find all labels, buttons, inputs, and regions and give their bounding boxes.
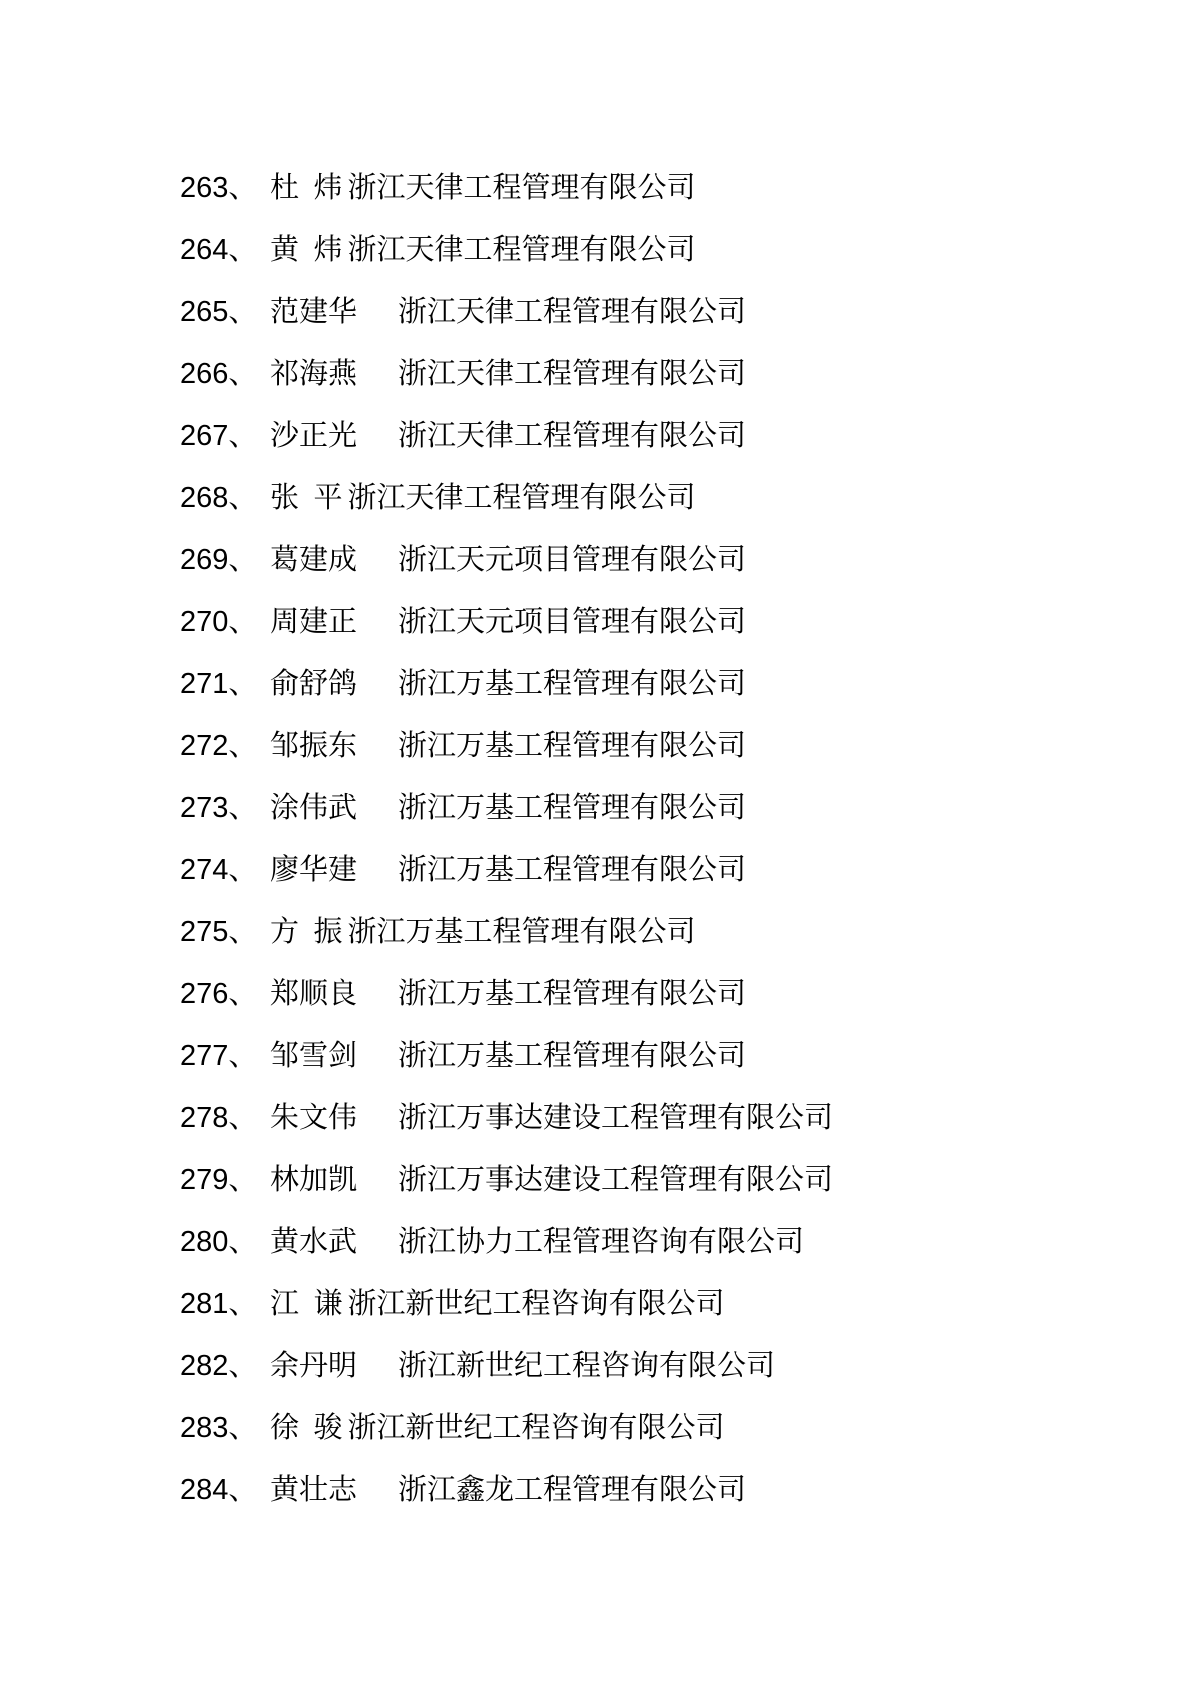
entry-number: 273、 bbox=[180, 777, 270, 839]
list-item: 270、 周建正 浙江天元项目管理有限公司 bbox=[180, 591, 1150, 653]
list-item: 284、 黄壮志 浙江鑫龙工程管理有限公司 bbox=[180, 1459, 1150, 1521]
entry-company-name: 浙江协力工程管理咨询有限公司 bbox=[398, 1211, 804, 1273]
entry-company-name: 浙江天律工程管理有限公司 bbox=[348, 157, 696, 219]
list-item: 265、 范建华 浙江天律工程管理有限公司 bbox=[180, 281, 1150, 343]
entry-number: 272、 bbox=[180, 715, 270, 777]
entry-company-name: 浙江天律工程管理有限公司 bbox=[348, 467, 696, 529]
list-item: 272、 邹振东 浙江万基工程管理有限公司 bbox=[180, 715, 1150, 777]
entry-person-name: 黄壮志 bbox=[270, 1459, 357, 1521]
entry-person-name: 黄水武 bbox=[270, 1211, 357, 1273]
list-item: 278、 朱文伟 浙江万事达建设工程管理有限公司 bbox=[180, 1087, 1150, 1149]
entry-person-name: 范建华 bbox=[270, 281, 357, 343]
entry-company-name: 浙江新世纪工程咨询有限公司 bbox=[348, 1397, 725, 1459]
entry-person-name: 廖华建 bbox=[270, 839, 357, 901]
list-item: 264、 黄 炜 浙江天律工程管理有限公司 bbox=[180, 219, 1150, 281]
entry-list: 263、 杜 炜 浙江天律工程管理有限公司 264、 黄 炜 浙江天律工程管理有… bbox=[180, 157, 1150, 1521]
list-item: 273、 涂伟武 浙江万基工程管理有限公司 bbox=[180, 777, 1150, 839]
list-item: 274、 廖华建 浙江万基工程管理有限公司 bbox=[180, 839, 1150, 901]
list-item: 271、 俞舒鸽 浙江万基工程管理有限公司 bbox=[180, 653, 1150, 715]
entry-number: 275、 bbox=[180, 901, 270, 963]
list-item: 275、 方 振 浙江万基工程管理有限公司 bbox=[180, 901, 1150, 963]
entry-person-name: 杜 炜 bbox=[270, 157, 343, 219]
entry-company-name: 浙江万基工程管理有限公司 bbox=[398, 777, 746, 839]
list-item: 267、 沙正光 浙江天律工程管理有限公司 bbox=[180, 405, 1150, 467]
list-item: 282、 余丹明 浙江新世纪工程咨询有限公司 bbox=[180, 1335, 1150, 1397]
list-item: 269、 葛建成 浙江天元项目管理有限公司 bbox=[180, 529, 1150, 591]
list-item: 268、 张 平 浙江天律工程管理有限公司 bbox=[180, 467, 1150, 529]
entry-number: 266、 bbox=[180, 343, 270, 405]
entry-number: 271、 bbox=[180, 653, 270, 715]
list-item: 279、 林加凯 浙江万事达建设工程管理有限公司 bbox=[180, 1149, 1150, 1211]
entry-person-name: 方 振 bbox=[270, 901, 343, 963]
entry-number: 264、 bbox=[180, 219, 270, 281]
entry-company-name: 浙江万事达建设工程管理有限公司 bbox=[398, 1149, 833, 1211]
list-item: 266、 祁海燕 浙江天律工程管理有限公司 bbox=[180, 343, 1150, 405]
entry-number: 279、 bbox=[180, 1149, 270, 1211]
list-item: 281、 江 谦 浙江新世纪工程咨询有限公司 bbox=[180, 1273, 1150, 1335]
entry-number: 283、 bbox=[180, 1397, 270, 1459]
entry-person-name: 邹振东 bbox=[270, 715, 357, 777]
document-page: 263、 杜 炜 浙江天律工程管理有限公司 264、 黄 炜 浙江天律工程管理有… bbox=[0, 0, 1190, 1683]
entry-company-name: 浙江天律工程管理有限公司 bbox=[348, 219, 696, 281]
entry-person-name: 张 平 bbox=[270, 467, 343, 529]
entry-person-name: 郑顺良 bbox=[270, 963, 357, 1025]
entry-number: 274、 bbox=[180, 839, 270, 901]
entry-company-name: 浙江万事达建设工程管理有限公司 bbox=[398, 1087, 833, 1149]
entry-company-name: 浙江万基工程管理有限公司 bbox=[398, 653, 746, 715]
entry-company-name: 浙江天律工程管理有限公司 bbox=[398, 281, 746, 343]
entry-company-name: 浙江天元项目管理有限公司 bbox=[398, 591, 746, 653]
entry-person-name: 沙正光 bbox=[270, 405, 357, 467]
entry-number: 265、 bbox=[180, 281, 270, 343]
entry-company-name: 浙江万基工程管理有限公司 bbox=[398, 963, 746, 1025]
entry-number: 263、 bbox=[180, 157, 270, 219]
entry-person-name: 邹雪剑 bbox=[270, 1025, 357, 1087]
entry-number: 270、 bbox=[180, 591, 270, 653]
entry-number: 278、 bbox=[180, 1087, 270, 1149]
entry-company-name: 浙江鑫龙工程管理有限公司 bbox=[398, 1459, 746, 1521]
entry-person-name: 朱文伟 bbox=[270, 1087, 357, 1149]
entry-person-name: 祁海燕 bbox=[270, 343, 357, 405]
entry-person-name: 涂伟武 bbox=[270, 777, 357, 839]
entry-person-name: 余丹明 bbox=[270, 1335, 357, 1397]
entry-company-name: 浙江新世纪工程咨询有限公司 bbox=[398, 1335, 775, 1397]
entry-company-name: 浙江新世纪工程咨询有限公司 bbox=[348, 1273, 725, 1335]
entry-person-name: 俞舒鸽 bbox=[270, 653, 357, 715]
entry-number: 269、 bbox=[180, 529, 270, 591]
entry-number: 282、 bbox=[180, 1335, 270, 1397]
entry-number: 280、 bbox=[180, 1211, 270, 1273]
entry-person-name: 林加凯 bbox=[270, 1149, 357, 1211]
list-item: 277、 邹雪剑 浙江万基工程管理有限公司 bbox=[180, 1025, 1150, 1087]
entry-number: 284、 bbox=[180, 1459, 270, 1521]
entry-company-name: 浙江天元项目管理有限公司 bbox=[398, 529, 746, 591]
list-item: 280、 黄水武 浙江协力工程管理咨询有限公司 bbox=[180, 1211, 1150, 1273]
entry-company-name: 浙江万基工程管理有限公司 bbox=[348, 901, 696, 963]
entry-number: 276、 bbox=[180, 963, 270, 1025]
entry-company-name: 浙江万基工程管理有限公司 bbox=[398, 1025, 746, 1087]
entry-person-name: 江 谦 bbox=[270, 1273, 343, 1335]
list-item: 263、 杜 炜 浙江天律工程管理有限公司 bbox=[180, 157, 1150, 219]
entry-company-name: 浙江万基工程管理有限公司 bbox=[398, 715, 746, 777]
entry-person-name: 葛建成 bbox=[270, 529, 357, 591]
entry-person-name: 黄 炜 bbox=[270, 219, 343, 281]
entry-company-name: 浙江天律工程管理有限公司 bbox=[398, 405, 746, 467]
entry-person-name: 周建正 bbox=[270, 591, 357, 653]
entry-number: 277、 bbox=[180, 1025, 270, 1087]
entry-number: 281、 bbox=[180, 1273, 270, 1335]
entry-company-name: 浙江天律工程管理有限公司 bbox=[398, 343, 746, 405]
list-item: 283、 徐 骏 浙江新世纪工程咨询有限公司 bbox=[180, 1397, 1150, 1459]
entry-number: 268、 bbox=[180, 467, 270, 529]
list-item: 276、 郑顺良 浙江万基工程管理有限公司 bbox=[180, 963, 1150, 1025]
entry-number: 267、 bbox=[180, 405, 270, 467]
entry-company-name: 浙江万基工程管理有限公司 bbox=[398, 839, 746, 901]
entry-person-name: 徐 骏 bbox=[270, 1397, 343, 1459]
